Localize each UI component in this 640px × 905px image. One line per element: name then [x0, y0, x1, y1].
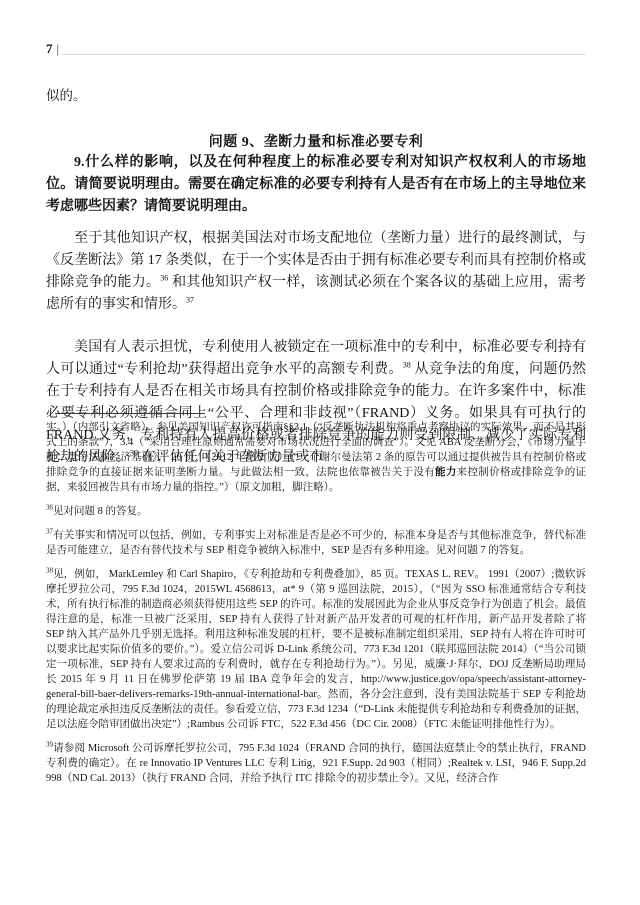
page-number: 7 — [46, 40, 53, 57]
footnote-separator — [55, 413, 205, 414]
carryover-text: 似的。 — [46, 86, 586, 106]
footnote-number: 36 — [46, 504, 53, 512]
footnote-number: 38 — [46, 567, 53, 575]
footnote-number: 39 — [46, 741, 53, 749]
footnote-list: 实。）（内部引文省略）。参见美国知识产权许可指南§§3.1（“反垄断执法机构将重… — [46, 420, 586, 786]
footnote-text: 见对问题 8 的答复。 — [53, 506, 148, 517]
footnote-text: 见，例如， MarkLemley 和 Carl Shapiro，《专利抢劫和专利… — [46, 569, 586, 730]
footnote-text: 能力 — [435, 467, 457, 478]
footnote-reference: 38 — [403, 360, 411, 369]
page-number-divider: | — [57, 40, 60, 57]
footnote: 39请参阅 Microsoft 公司诉摩托罗拉公司，795 F.3d 1024（… — [46, 741, 586, 786]
footnote: 38见，例如， MarkLemley 和 Carl Shapiro，《专利抢劫和… — [46, 567, 586, 732]
footnote-text: 请参阅 Microsoft 公司诉摩托罗拉公司，795 F.3d 1024（FR… — [46, 743, 586, 784]
document-page: 7 | 似的。 问题 9、垄断力量和标准必要专利 9.什么样的影响，以及在何种程… — [0, 0, 640, 905]
footnote: 37有关事实和情况可以包括，例如，专利事实上对标准是否是必不可少的，标准本身是否… — [46, 528, 586, 558]
footnote: 36见对问题 8 的答复。 — [46, 504, 586, 519]
footnote: 实。）（内部引文省略）。参见美国知识产权许可指南§§3.1（“反垄断执法机构将重… — [46, 420, 586, 495]
header-rule — [61, 54, 586, 55]
question-text: 9.什么样的影响，以及在何种程度上的标准必要专利对知识产权权利人的市场地位。请简… — [46, 152, 586, 218]
body-paragraph: 至于其他知识产权，根据美国法对市场支配地位（垄断力量）进行的最终测试，与《反垄断… — [46, 228, 586, 316]
footnote-area: 实。）（内部引文省略）。参见美国知识产权许可指南§§3.1（“反垄断执法机构将重… — [46, 413, 586, 795]
footnote-text: 有关事实和情况可以包括，例如，专利事实上对标准是否是必不可少的，标准本身是否与其… — [46, 530, 586, 556]
footnote-reference: 37 — [186, 295, 194, 304]
page-header: 7 | — [46, 40, 586, 57]
section-title: 问题 9、垄断力量和标准必要专利 — [46, 131, 586, 151]
footnote-number: 37 — [46, 528, 53, 536]
page-body: 似的。 问题 9、垄断力量和标准必要专利 9.什么样的影响，以及在何种程度上的标… — [46, 86, 586, 469]
